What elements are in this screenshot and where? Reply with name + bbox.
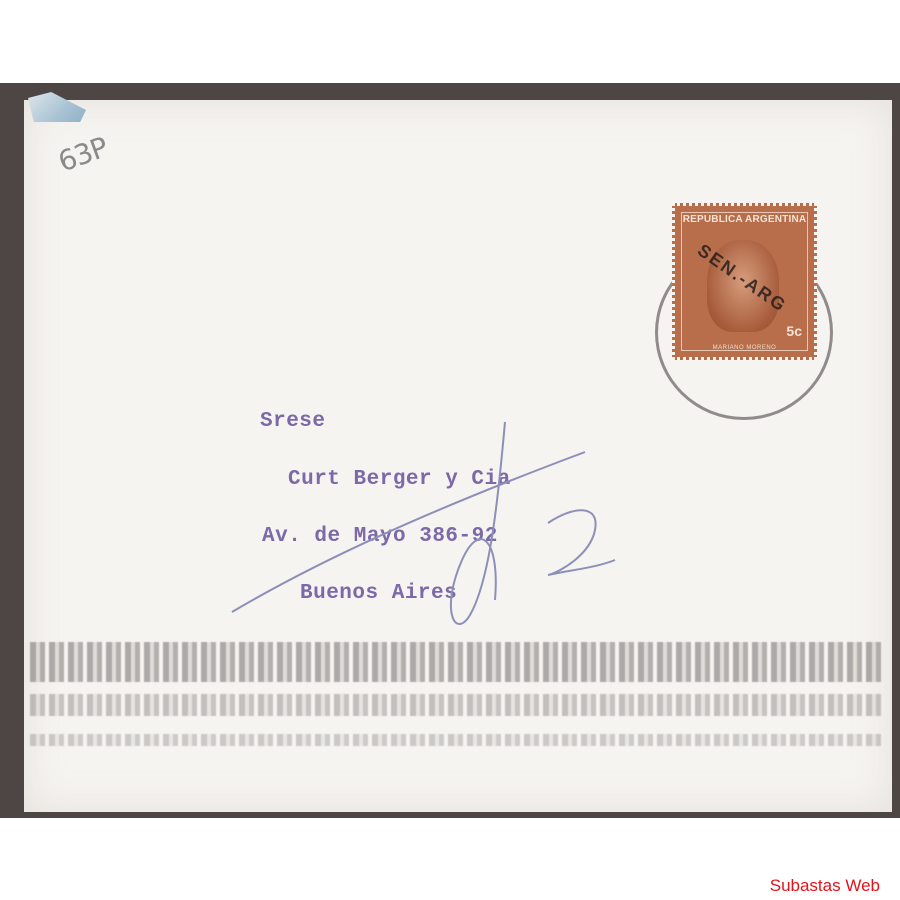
stamp-portrait-name: MARIANO MORENO [675,345,814,351]
address-line-1: Srese [260,410,326,433]
address-line-3: Av. de Mayo 386-92 [262,525,498,548]
stamp-country: REPUBLICA ARGENTINA [681,214,808,225]
address-line-2: Curt Berger y Cia [288,468,511,491]
address-line-4: Buenos Aires [300,582,457,605]
cancel-bar [30,642,885,682]
stamp-value: 5c [786,323,802,339]
watermark-label: Subastas Web [770,876,880,896]
cancellation-bars [30,642,885,762]
cancel-bar [30,734,885,746]
cancel-bar [30,694,885,716]
